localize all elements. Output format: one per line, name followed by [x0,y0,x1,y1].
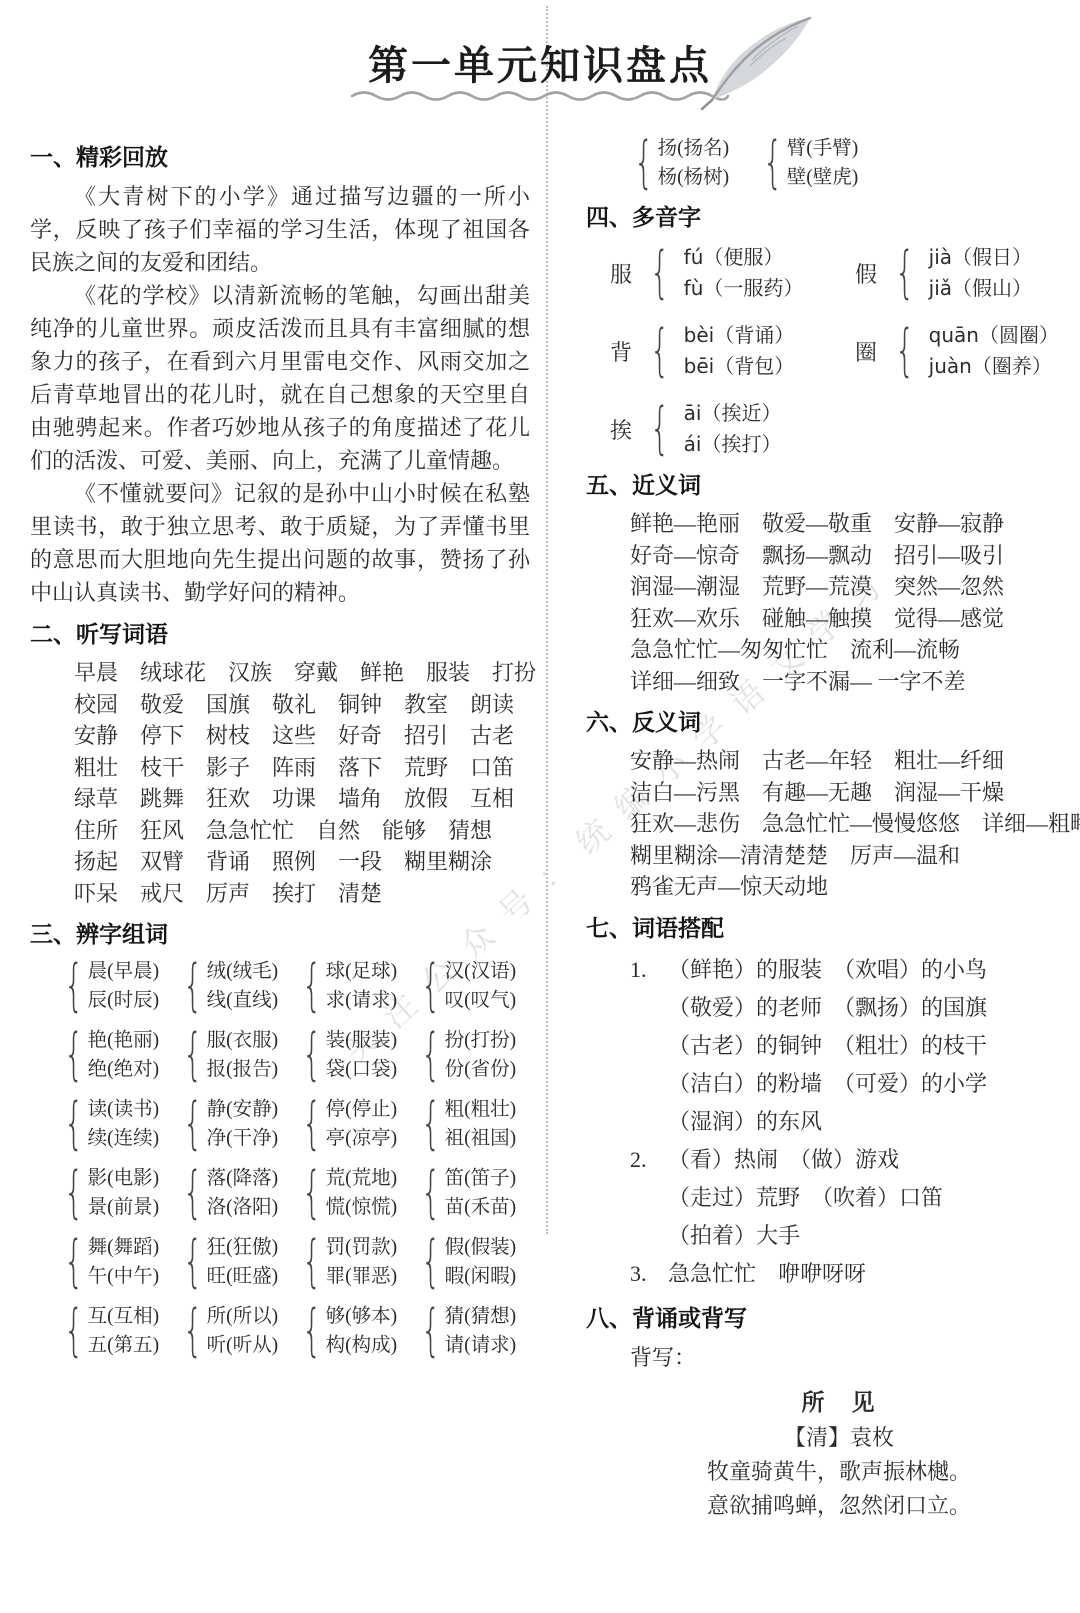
synonym-row: 鲜艳—艳丽 敬爱—敬重 安静—寂静 [586,508,1080,540]
antonym-row: 安静—热闹 古老—年轻 粗壮—纤细 [586,745,1080,777]
word-row: 扬起 双臂 背诵 照例 一段 糊里糊涂 [30,846,530,878]
feather-icon [698,12,818,112]
char-pair-group: {扬(扬名)杨(杨树) [626,134,729,192]
polyphonic-item: 服{fú（便服）fù（一服药） [610,242,855,304]
brace-glyph: { [650,322,670,380]
char-pair-group: {晨(早晨)辰(时辰) [56,957,173,1015]
word-row: 吓呆 戒尺 厉声 挨打 清楚 [30,878,530,910]
word-row: 绿草 跳舞 狂欢 功课 墙角 放假 互相 [30,783,530,815]
word-row: 安静 停下 树枝 这些 好奇 招引 古老 [30,720,530,752]
antonym-row: 糊里糊涂—清清楚楚 厉声—温和 [586,840,1080,872]
char-pair-group: {狂(狂傲)旺(旺盛) [175,1233,292,1291]
synonym-row: 详细—细致 一字不漏— 一字不差 [586,666,1080,698]
char-pair-group: {读(读书)续(连续) [56,1095,173,1153]
brace-glyph: { [183,1302,203,1360]
char-pair-group: {臂(手臂)壁(壁虎) [755,134,858,192]
content-columns: 一、精彩回放 《大青树下的小学》通过描写边疆的一所小学，反映了孩子们幸福的学习生… [0,128,1080,1523]
collocation-item: 2. （看）热闹 （做）游戏 （走过）荒野 （吹着）口笛 （拍着）大手 [586,1141,1080,1255]
brace-glyph: { [302,1233,322,1291]
brace-glyph: { [895,244,915,302]
char-pair-group: {绒(绒毛)线(直线) [175,957,292,1015]
brace-glyph: { [183,1026,203,1084]
synonyms-list: 鲜艳—艳丽 敬爱—敬重 安静—寂静 好奇—惊奇 飘扬—飘动 招引—吸引 润湿—潮… [586,508,1080,697]
section-heading-polyphonic: 四、多音字 [586,202,1080,232]
char-pair-group: {落(降落)洛(洛阳) [175,1164,292,1222]
char-pair-group: {笛(笛子)苗(禾苗) [413,1164,530,1222]
brace-glyph: { [634,134,654,192]
polyphonic-grid: 服{fú（便服）fù（一服药） 假{jià（假日）jiǎ（假山） 背{bèi（背… [586,242,1080,460]
brace-glyph: { [421,1164,441,1222]
char-pair-group: {粗(粗壮)祖(祖国) [413,1095,530,1153]
collocations-list: 1. （鲜艳）的服装 （欢唱）的小鸟 （敬爱）的老师 （飘扬）的国旗 （古老）的… [586,951,1080,1293]
section-heading-antonyms: 六、反义词 [586,707,1080,737]
brace-glyph: { [64,957,84,1015]
poem-author: 【清】袁枚 [586,1421,1080,1455]
brace-glyph: { [183,1095,203,1153]
char-pair-group: {舞(舞蹈)午(中午) [56,1233,173,1291]
char-pair-group: {荒(荒地)慌(惊慌) [294,1164,411,1222]
char-pair-group: {静(安静)净(干净) [175,1095,292,1153]
brace-glyph: { [183,957,203,1015]
char-pair-group: {艳(艳丽)绝(绝对) [56,1026,173,1084]
synonym-row: 润湿—潮湿 荒野—荒漠 突然—忽然 [586,571,1080,603]
poem-block: 所 见 【清】袁枚 牧童骑黄牛，歌声振林樾。 意欲捕鸣蝉，忽然闭口立。 [586,1385,1080,1523]
word-row: 住所 狂风 急急忙忙 自然 能够 猜想 [30,815,530,847]
char-pair-group: {扮(打扮)份(省份) [413,1026,530,1084]
antonym-row: 狂欢—悲伤 急急忙忙—慢慢悠悠 详细—粗略 [586,808,1080,840]
brace-glyph: { [183,1164,203,1222]
word-row: 早晨 绒球花 汉族 穿戴 鲜艳 服装 打扮 [30,657,530,689]
left-column: 一、精彩回放 《大青树下的小学》通过描写边疆的一所小学，反映了孩子们幸福的学习生… [30,132,530,1523]
wavy-underline [350,88,730,102]
word-row: 校园 敬爱 国旗 敬礼 铜钟 教室 朗读 [30,689,530,721]
brace-glyph: { [302,1026,322,1084]
char-pair-group: {猜(猜想)请(请求) [413,1302,530,1360]
brace-glyph: { [421,1026,441,1084]
polyphonic-item: 背{bèi（背诵）bēi（背包） [610,320,855,382]
section-heading-dictation: 二、听写词语 [30,619,530,649]
right-column: {扬(扬名)杨(杨树) {臂(手臂)壁(壁虎) 四、多音字 服{fú（便服）fù… [530,132,1080,1523]
char-pair-group: {停(停止)亭(凉亭) [294,1095,411,1153]
brace-glyph: { [650,244,670,302]
char-pair-group: {服(衣服)报(报告) [175,1026,292,1084]
page-header: 第一单元知识盘点 [0,0,1080,128]
brace-glyph: { [421,1302,441,1360]
brace-glyph: { [302,1164,322,1222]
char-pair-group: {够(够本)构(构成) [294,1302,411,1360]
brace-glyph: { [64,1302,84,1360]
antonym-row: 鸦雀无声—惊天动地 [586,871,1080,903]
section-heading-collocations: 七、词语搭配 [586,913,1080,943]
char-pair-group: {互(互相)五(第五) [56,1302,173,1360]
brace-glyph: { [302,1302,322,1360]
dictation-word-list: 早晨 绒球花 汉族 穿戴 鲜艳 服装 打扮 校园 敬爱 国旗 敬礼 铜钟 教室 … [30,657,530,909]
synonym-row: 急急忙忙—匆匆忙忙 流利—流畅 [586,634,1080,666]
brace-glyph: { [421,1233,441,1291]
section-heading-synonyms: 五、近义词 [586,470,1080,500]
synonym-row: 狂欢—欢乐 碰触—触摸 觉得—感觉 [586,603,1080,635]
antonyms-list: 安静—热闹 古老—年轻 粗壮—纤细 洁白—污黑 有趣—无趣 润湿—干燥 狂欢—悲… [586,745,1080,903]
char-pair-group: {所(所以)听(听从) [175,1302,292,1360]
brace-glyph: { [64,1164,84,1222]
char-pair-group: {罚(罚款)罪(罪恶) [294,1233,411,1291]
char-pair-group: {汉(汉语)叹(叹气) [413,957,530,1015]
brace-glyph: { [302,1095,322,1153]
word-row: 粗壮 枝干 影子 阵雨 落下 荒野 口笛 [30,752,530,784]
synonym-row: 好奇—惊奇 飘扬—飘动 招引—吸引 [586,540,1080,572]
distinguish-grid: {晨(早晨)辰(时辰) {绒(绒毛)线(直线) {球(足球)求(请求) {汉(汉… [30,957,530,1360]
polyphonic-item: 圈{quān（圆圈）juàn（圈养） [855,320,1080,382]
section-heading-recap: 一、精彩回放 [30,142,530,172]
brace-glyph: { [64,1233,84,1291]
page-title: 第一单元知识盘点 [0,34,1080,91]
poem-line: 意欲捕鸣蝉，忽然闭口立。 [586,1489,1080,1523]
brace-glyph: { [64,1095,84,1153]
brace-glyph: { [302,957,322,1015]
worksheet-page: 关注公众号：统编小学语文学习 第一单元知识盘点 一、精彩回放 《大青树下的小学》… [0,0,1080,1613]
brace-glyph: { [183,1233,203,1291]
polyphonic-item: 挨{āi（挨近）ái（挨打） [610,398,855,460]
recite-label: 背写： [586,1341,1080,1375]
collocation-item: 3. 急急忙忙 咿咿呀呀 [586,1255,1080,1293]
distinguish-grid-continued: {扬(扬名)杨(杨树) {臂(手臂)壁(壁虎) [586,134,1080,192]
recap-paragraph: 《大青树下的小学》通过描写边疆的一所小学，反映了孩子们幸福的学习生活，体现了祖国… [30,180,530,279]
recap-paragraph: 《不懂就要问》记叙的是孙中山小时候在私塾里读书，敢于独立思考、敢于质疑，为了弄懂… [30,477,530,609]
brace-glyph: { [895,322,915,380]
char-pair-group: {影(电影)景(前景) [56,1164,173,1222]
recap-paragraph: 《花的学校》以清新流畅的笔触，勾画出甜美纯净的儿童世界。顽皮活泼而且具有丰富细腻… [30,279,530,477]
poem-title: 所 见 [586,1385,1080,1421]
antonym-row: 洁白—污黑 有趣—无趣 润湿—干燥 [586,777,1080,809]
brace-glyph: { [421,957,441,1015]
char-pair-group: {装(服装)袋(口袋) [294,1026,411,1084]
brace-glyph: { [763,134,783,192]
char-pair-group: {球(足球)求(请求) [294,957,411,1015]
brace-glyph: { [421,1095,441,1153]
polyphonic-item: 假{jià（假日）jiǎ（假山） [855,242,1080,304]
section-heading-distinguish: 三、辨字组词 [30,919,530,949]
brace-glyph: { [64,1026,84,1084]
char-pair-group: {假(假装)暇(闲暇) [413,1233,530,1291]
section-heading-recite: 八、背诵或背写 [586,1303,1080,1333]
poem-line: 牧童骑黄牛，歌声振林樾。 [586,1455,1080,1489]
brace-glyph: { [650,400,670,458]
collocation-item: 1. （鲜艳）的服装 （欢唱）的小鸟 （敬爱）的老师 （飘扬）的国旗 （古老）的… [586,951,1080,1141]
